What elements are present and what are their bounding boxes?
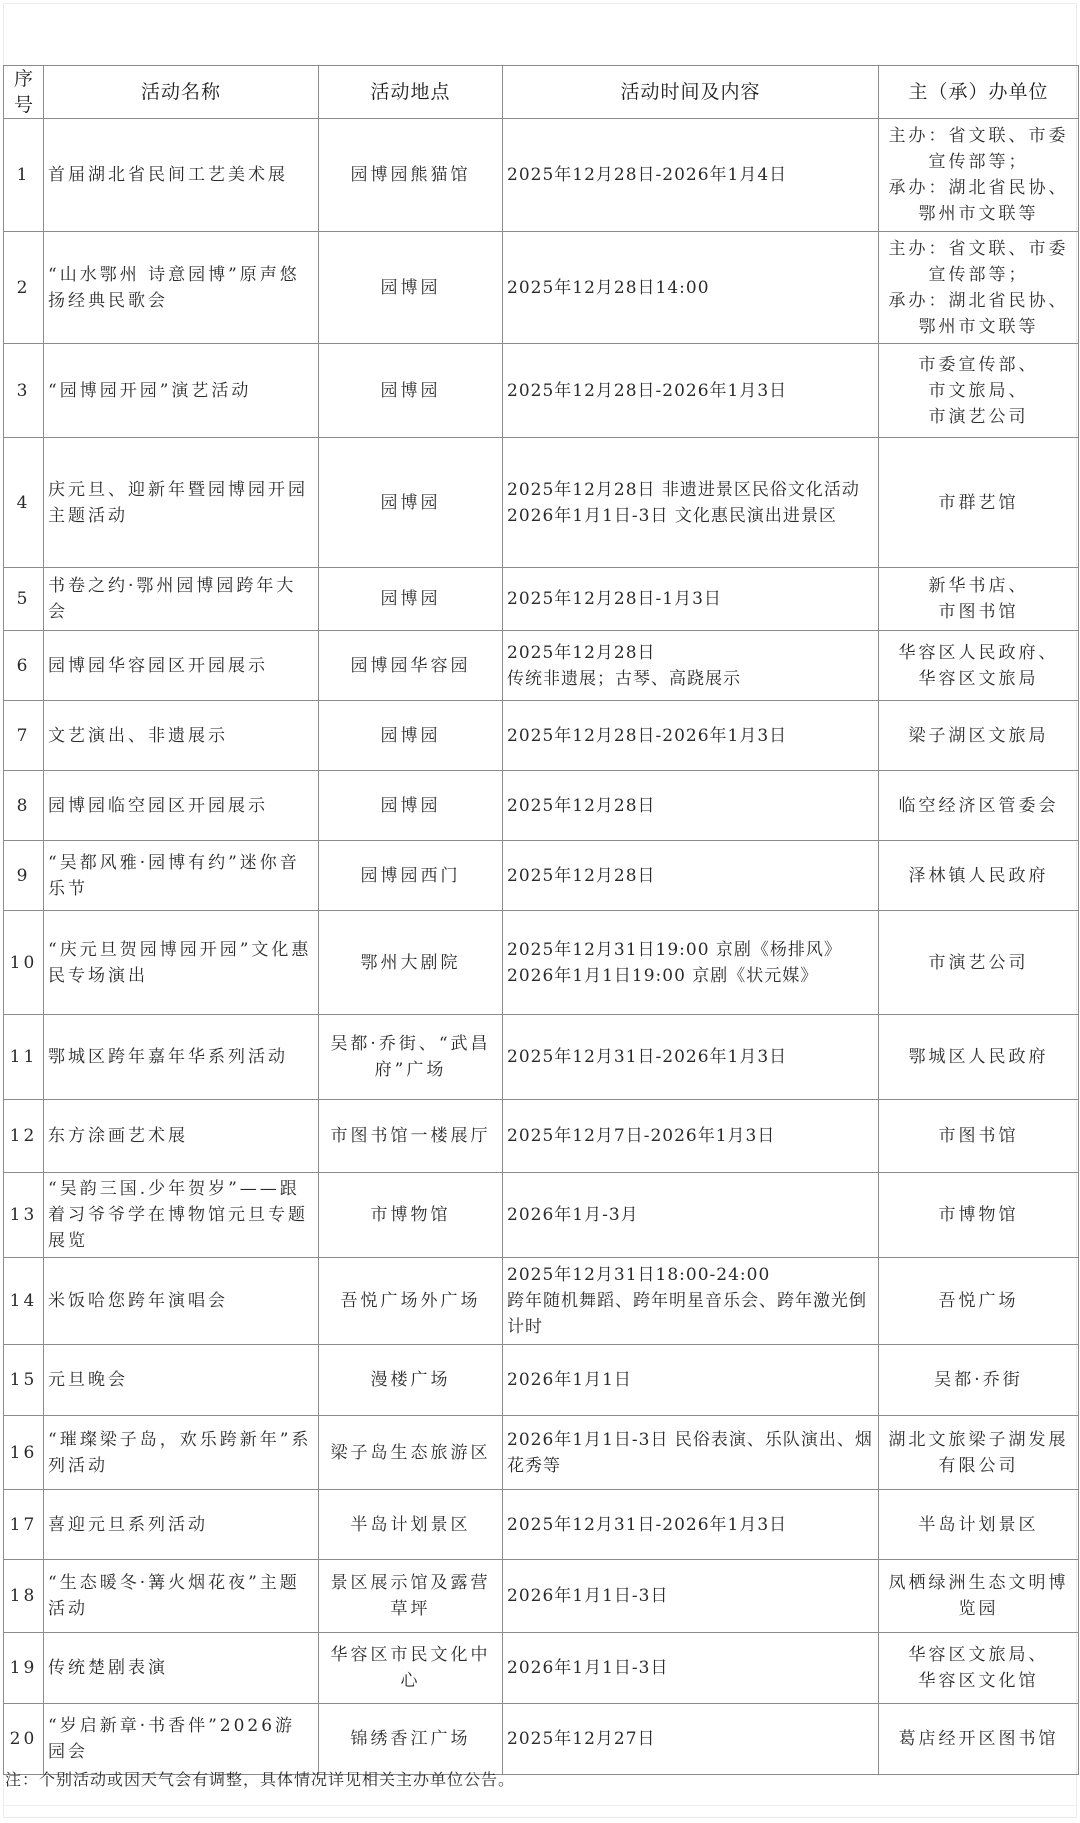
activity-name: 传统楚剧表演 [44, 1633, 319, 1704]
header-organizer: 主（承）办单位 [879, 66, 1079, 119]
activity-time-content: 2026年1月1日-3日 民俗表演、乐队演出、烟花秀等 [503, 1416, 879, 1490]
row-index: 7 [4, 701, 44, 771]
activity-name: 喜迎元旦系列活动 [44, 1490, 319, 1560]
activity-time-content: 2025年12月7日-2026年1月3日 [503, 1100, 879, 1173]
organizer: 梁子湖区文旅局 [879, 701, 1079, 771]
organizer: 鄂城区人民政府 [879, 1015, 1079, 1100]
time-line: 2025年12月28日 非遗进景区民俗文化活动 [507, 477, 874, 503]
header-index: 序号 [4, 66, 44, 119]
table-row: 3“园博园开园”演艺活动园博园2025年12月28日-2026年1月3日市委宣传… [4, 344, 1079, 438]
table-row: 4庆元旦、迎新年暨园博园开园主题活动园博园2025年12月28日 非遗进景区民俗… [4, 438, 1079, 568]
activity-time-content: 2026年1月1日 [503, 1345, 879, 1416]
activity-name: “吴韵三国.少年贺岁”——跟着习爷爷学在博物馆元旦专题展览 [44, 1173, 319, 1258]
time-line: 2025年12月28日-2026年1月4日 [507, 162, 874, 188]
activity-name: 东方涂画艺术展 [44, 1100, 319, 1173]
activity-location: 景区展示馆及露营草坪 [319, 1560, 503, 1633]
activity-time-content: 2025年12月31日-2026年1月3日 [503, 1015, 879, 1100]
row-index: 12 [4, 1100, 44, 1173]
activity-time-content: 2025年12月31日-2026年1月3日 [503, 1490, 879, 1560]
activity-name: 首届湖北省民间工艺美术展 [44, 119, 319, 232]
organizer: 主办：省文联、市委宣传部等；承办：湖北省民协、鄂州市文联等 [879, 232, 1079, 344]
organizer: 临空经济区管委会 [879, 771, 1079, 841]
table-body: 1首届湖北省民间工艺美术展园博园熊猫馆2025年12月28日-2026年1月4日… [4, 119, 1079, 1775]
activity-time-content: 2025年12月31日19:00 京剧《杨排风》2026年1月1日19:00 京… [503, 911, 879, 1015]
activity-name: 书卷之约·鄂州园博园跨年大会 [44, 568, 319, 631]
time-line: 2026年1月1日-3日 民俗表演、乐队演出、烟花秀等 [507, 1427, 874, 1479]
header-time-content: 活动时间及内容 [503, 66, 879, 119]
activity-location: 吾悦广场外广场 [319, 1258, 503, 1345]
footnote: 注：个别活动或因天气会有调整，具体情况详见相关主办单位公告。 [5, 1767, 515, 1790]
row-index: 18 [4, 1560, 44, 1633]
table-row: 10“庆元旦贺园博园开园”文化惠民专场演出鄂州大剧院2025年12月31日19:… [4, 911, 1079, 1015]
organizer: 华容区文旅局、华容区文化馆 [879, 1633, 1079, 1704]
organizer-line: 华容区文旅局、 [883, 1642, 1074, 1668]
time-line: 2025年12月28日 [507, 793, 874, 819]
activity-time-content: 2025年12月28日 [503, 841, 879, 911]
organizer-line: 市委宣传部、 [883, 352, 1074, 378]
organizer: 市演艺公司 [879, 911, 1079, 1015]
organizer: 市群艺馆 [879, 438, 1079, 568]
header-location: 活动地点 [319, 66, 503, 119]
row-index: 19 [4, 1633, 44, 1704]
activity-time-content: 2026年1月1日-3日 [503, 1633, 879, 1704]
time-line: 2025年12月28日-2026年1月3日 [507, 723, 874, 749]
time-line: 2026年1月1日-3日 [507, 1655, 874, 1681]
activity-location: 园博园 [319, 568, 503, 631]
row-index: 17 [4, 1490, 44, 1560]
organizer-line: 宣传部等； [883, 149, 1074, 175]
activity-name: “璀璨梁子岛，欢乐跨新年”系列活动 [44, 1416, 319, 1490]
activity-time-content: 2026年1月1日-3日 [503, 1560, 879, 1633]
activity-name: 园博园临空园区开园展示 [44, 771, 319, 841]
table-row: 16“璀璨梁子岛，欢乐跨新年”系列活动梁子岛生态旅游区2026年1月1日-3日 … [4, 1416, 1079, 1490]
organizer: 葛店经开区图书馆 [879, 1704, 1079, 1775]
organizer-line: 华容区文化馆 [883, 1668, 1074, 1694]
organizer: 华容区人民政府、华容区文旅局 [879, 631, 1079, 701]
table-row: 18“生态暖冬·篝火烟花夜”主题活动景区展示馆及露营草坪2026年1月1日-3日… [4, 1560, 1079, 1633]
activity-time-content: 2025年12月28日 非遗进景区民俗文化活动2026年1月1日-3日 文化惠民… [503, 438, 879, 568]
organizer: 市图书馆 [879, 1100, 1079, 1173]
activity-name: “园博园开园”演艺活动 [44, 344, 319, 438]
table-row: 20“岁启新章·书香伴”2026游园会锦绣香江广场2025年12月27日葛店经开… [4, 1704, 1079, 1775]
time-line: 2025年12月28日 [507, 640, 874, 666]
activity-name: 元旦晚会 [44, 1345, 319, 1416]
activity-time-content: 2025年12月28日-2026年1月3日 [503, 701, 879, 771]
activity-name: 鄂城区跨年嘉年华系列活动 [44, 1015, 319, 1100]
activity-location: 园博园 [319, 344, 503, 438]
row-index: 4 [4, 438, 44, 568]
table-row: 5书卷之约·鄂州园博园跨年大会园博园2025年12月28日-1月3日新华书店、市… [4, 568, 1079, 631]
time-line: 2026年1月1日 [507, 1367, 874, 1393]
organizer-line: 临空经济区管委会 [883, 793, 1074, 819]
table-row: 1首届湖北省民间工艺美术展园博园熊猫馆2025年12月28日-2026年1月4日… [4, 119, 1079, 232]
organizer: 半岛计划景区 [879, 1490, 1079, 1560]
table-row: 15元旦晚会漫楼广场2026年1月1日吴都·乔街 [4, 1345, 1079, 1416]
organizer-line: 市图书馆 [883, 599, 1074, 625]
organizer-line: 湖北文旅梁子湖发展 [883, 1427, 1074, 1453]
organizer-line: 览园 [883, 1596, 1074, 1622]
activity-location: 市图书馆一楼展厅 [319, 1100, 503, 1173]
activity-location: 吴都·乔街、“武昌府”广场 [319, 1015, 503, 1100]
time-line: 2025年12月7日-2026年1月3日 [507, 1123, 874, 1149]
organizer: 吴都·乔街 [879, 1345, 1079, 1416]
row-index: 6 [4, 631, 44, 701]
organizer-line: 市图书馆 [883, 1123, 1074, 1149]
activity-location: 华容区市民文化中心 [319, 1633, 503, 1704]
organizer: 新华书店、市图书馆 [879, 568, 1079, 631]
activity-name: “山水鄂州 诗意园博”原声悠扬经典民歌会 [44, 232, 319, 344]
organizer-line: 葛店经开区图书馆 [883, 1726, 1074, 1752]
organizer-line: 新华书店、 [883, 573, 1074, 599]
activity-location: 园博园华容园 [319, 631, 503, 701]
time-line: 2025年12月28日-1月3日 [507, 586, 874, 612]
activity-time-content: 2025年12月28日-2026年1月4日 [503, 119, 879, 232]
header-row: 序号 活动名称 活动地点 活动时间及内容 主（承）办单位 [4, 66, 1079, 119]
organizer-line: 有限公司 [883, 1453, 1074, 1479]
activity-location: 园博园 [319, 438, 503, 568]
row-index: 5 [4, 568, 44, 631]
organizer: 市委宣传部、市文旅局、市演艺公司 [879, 344, 1079, 438]
organizer-line: 主办：省文联、市委 [883, 123, 1074, 149]
organizer: 泽林镇人民政府 [879, 841, 1079, 911]
organizer-line: 梁子湖区文旅局 [883, 723, 1074, 749]
row-index: 9 [4, 841, 44, 911]
activity-name: 米饭哈您跨年演唱会 [44, 1258, 319, 1345]
table-row: 8园博园临空园区开园展示园博园2025年12月28日临空经济区管委会 [4, 771, 1079, 841]
time-line: 2025年12月31日18:00-24:00 [507, 1262, 874, 1288]
organizer-line: 吴都·乔街 [883, 1367, 1074, 1393]
time-line: 2025年12月31日-2026年1月3日 [507, 1044, 874, 1070]
time-line: 2026年1月1日-3日 文化惠民演出进景区 [507, 503, 874, 529]
organizer-line: 鄂城区人民政府 [883, 1044, 1074, 1070]
table-row: 11鄂城区跨年嘉年华系列活动吴都·乔街、“武昌府”广场2025年12月31日-2… [4, 1015, 1079, 1100]
organizer-line: 承办：湖北省民协、 [883, 288, 1074, 314]
activity-time-content: 2025年12月28日传统非遗展；古琴、高跷展示 [503, 631, 879, 701]
organizer-line: 半岛计划景区 [883, 1512, 1074, 1538]
table-row: 19传统楚剧表演华容区市民文化中心2026年1月1日-3日华容区文旅局、华容区文… [4, 1633, 1079, 1704]
row-index: 8 [4, 771, 44, 841]
organizer: 市博物馆 [879, 1173, 1079, 1258]
activity-location: 园博园 [319, 232, 503, 344]
time-line: 2026年1月-3月 [507, 1202, 874, 1228]
activity-location: 园博园 [319, 771, 503, 841]
organizer: 主办：省文联、市委宣传部等；承办：湖北省民协、鄂州市文联等 [879, 119, 1079, 232]
activity-time-content: 2025年12月28日14:00 [503, 232, 879, 344]
row-index: 15 [4, 1345, 44, 1416]
row-index: 14 [4, 1258, 44, 1345]
row-index: 16 [4, 1416, 44, 1490]
organizer-line: 吾悦广场 [883, 1288, 1074, 1314]
organizer-line: 鄂州市文联等 [883, 314, 1074, 340]
activity-location: 市博物馆 [319, 1173, 503, 1258]
activity-time-content: 2026年1月-3月 [503, 1173, 879, 1258]
table-row: 7文艺演出、非遗展示园博园2025年12月28日-2026年1月3日梁子湖区文旅… [4, 701, 1079, 771]
row-index: 13 [4, 1173, 44, 1258]
organizer-line: 市演艺公司 [883, 950, 1074, 976]
activity-name: “吴都风雅·园博有约”迷你音乐节 [44, 841, 319, 911]
time-line: 2026年1月1日19:00 京剧《状元媒》 [507, 963, 874, 989]
time-line: 2025年12月28日-2026年1月3日 [507, 378, 874, 404]
organizer-line: 华容区人民政府、 [883, 640, 1074, 666]
row-index: 11 [4, 1015, 44, 1100]
time-line: 2025年12月28日 [507, 863, 874, 889]
organizer-line: 泽林镇人民政府 [883, 863, 1074, 889]
table-row: 12东方涂画艺术展市图书馆一楼展厅2025年12月7日-2026年1月3日市图书… [4, 1100, 1079, 1173]
table-row: 14米饭哈您跨年演唱会吾悦广场外广场2025年12月31日18:00-24:00… [4, 1258, 1079, 1345]
activity-location: 园博园熊猫馆 [319, 119, 503, 232]
header-name: 活动名称 [44, 66, 319, 119]
row-index: 3 [4, 344, 44, 438]
activity-name: 庆元旦、迎新年暨园博园开园主题活动 [44, 438, 319, 568]
activity-location: 半岛计划景区 [319, 1490, 503, 1560]
activity-name: “生态暖冬·篝火烟花夜”主题活动 [44, 1560, 319, 1633]
organizer-line: 主办：省文联、市委 [883, 236, 1074, 262]
activity-location: 园博园西门 [319, 841, 503, 911]
activity-location: 锦绣香江广场 [319, 1704, 503, 1775]
organizer-line: 市演艺公司 [883, 404, 1074, 430]
time-line: 2025年12月31日-2026年1月3日 [507, 1512, 874, 1538]
row-index: 20 [4, 1704, 44, 1775]
activity-name: “庆元旦贺园博园开园”文化惠民专场演出 [44, 911, 319, 1015]
table-row: 13“吴韵三国.少年贺岁”——跟着习爷爷学在博物馆元旦专题展览市博物馆2026年… [4, 1173, 1079, 1258]
events-table: 序号 活动名称 活动地点 活动时间及内容 主（承）办单位 1首届湖北省民间工艺美… [3, 65, 1079, 1775]
activity-location: 鄂州大剧院 [319, 911, 503, 1015]
table-row: 2“山水鄂州 诗意园博”原声悠扬经典民歌会园博园2025年12月28日14:00… [4, 232, 1079, 344]
time-line: 2026年1月1日-3日 [507, 1583, 874, 1609]
organizer-line: 市博物馆 [883, 1202, 1074, 1228]
activity-name: 园博园华容园区开园展示 [44, 631, 319, 701]
activity-name: 文艺演出、非遗展示 [44, 701, 319, 771]
time-line: 2025年12月31日19:00 京剧《杨排风》 [507, 937, 874, 963]
organizer-line: 市文旅局、 [883, 378, 1074, 404]
organizer: 吾悦广场 [879, 1258, 1079, 1345]
time-line: 传统非遗展；古琴、高跷展示 [507, 666, 874, 692]
time-line: 2025年12月27日 [507, 1726, 874, 1752]
activity-time-content: 2025年12月27日 [503, 1704, 879, 1775]
organizer-line: 市群艺馆 [883, 490, 1074, 516]
organizer-line: 宣传部等； [883, 262, 1074, 288]
table-row: 9“吴都风雅·园博有约”迷你音乐节园博园西门2025年12月28日泽林镇人民政府 [4, 841, 1079, 911]
organizer: 凤栖绿洲生态文明博览园 [879, 1560, 1079, 1633]
activity-location: 梁子岛生态旅游区 [319, 1416, 503, 1490]
activity-time-content: 2025年12月28日-1月3日 [503, 568, 879, 631]
row-index: 1 [4, 119, 44, 232]
organizer-line: 华容区文旅局 [883, 666, 1074, 692]
row-index: 10 [4, 911, 44, 1015]
organizer-line: 凤栖绿洲生态文明博 [883, 1570, 1074, 1596]
organizer-line: 鄂州市文联等 [883, 201, 1074, 227]
row-index: 2 [4, 232, 44, 344]
organizer: 湖北文旅梁子湖发展有限公司 [879, 1416, 1079, 1490]
activity-location: 园博园 [319, 701, 503, 771]
organizer-line: 承办：湖北省民协、 [883, 175, 1074, 201]
activity-time-content: 2025年12月28日 [503, 771, 879, 841]
time-line: 跨年随机舞蹈、跨年明星音乐会、跨年激光倒计时 [507, 1288, 874, 1340]
bottom-band [3, 1805, 1077, 1820]
time-line: 2025年12月28日14:00 [507, 275, 874, 301]
table-row: 6园博园华容园区开园展示园博园华容园2025年12月28日传统非遗展；古琴、高跷… [4, 631, 1079, 701]
table-row: 17喜迎元旦系列活动半岛计划景区2025年12月31日-2026年1月3日半岛计… [4, 1490, 1079, 1560]
activity-location: 漫楼广场 [319, 1345, 503, 1416]
activity-time-content: 2025年12月28日-2026年1月3日 [503, 344, 879, 438]
activity-time-content: 2025年12月31日18:00-24:00跨年随机舞蹈、跨年明星音乐会、跨年激… [503, 1258, 879, 1345]
activity-name: “岁启新章·书香伴”2026游园会 [44, 1704, 319, 1775]
